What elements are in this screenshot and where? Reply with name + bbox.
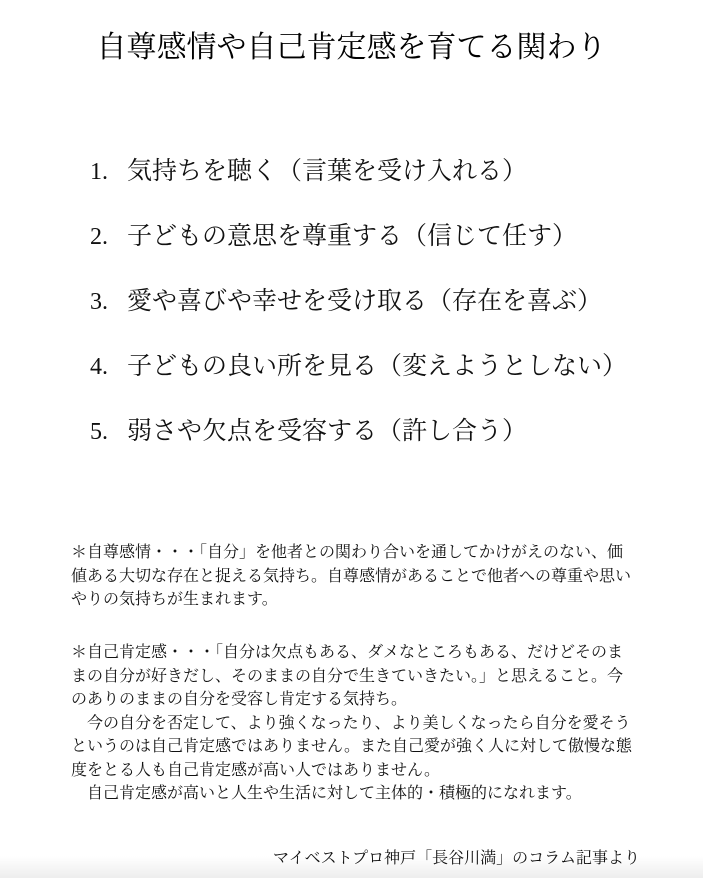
document-page: 自尊感情や自己肯定感を育てる関わり 1. 気持ちを聴く（言葉を受け入れる） 2.… bbox=[0, 0, 703, 878]
footer-credit: マイベストプロ神戸「長谷川満」のコラム記事より bbox=[273, 849, 640, 869]
list-item: 4. 子どもの良い所を見る（変えようとしない） bbox=[90, 350, 627, 415]
list-item: 2. 子どもの意思を尊重する（信じて任す） bbox=[90, 220, 627, 285]
item-number: 3. bbox=[90, 285, 123, 319]
item-text: 子どもの意思を尊重する（信じて任す） bbox=[127, 223, 577, 250]
item-text: 愛や喜びや幸せを受け取る（存在を喜ぶ） bbox=[127, 288, 602, 315]
list-item: 5. 弱さや欠点を受容する（許し合う） bbox=[90, 415, 627, 480]
item-number: 1. bbox=[90, 155, 123, 189]
list-item: 1. 気持ちを聴く（言葉を受け入れる） bbox=[90, 155, 627, 220]
item-text: 子どもの良い所を見る（変えようとしない） bbox=[127, 353, 627, 380]
list-item: 3. 愛や喜びや幸せを受け取る（存在を喜ぶ） bbox=[90, 285, 627, 350]
item-text: 弱さや欠点を受容する（許し合う） bbox=[127, 418, 527, 445]
item-number: 5. bbox=[90, 415, 123, 449]
item-number: 2. bbox=[90, 220, 123, 254]
note-self-esteem: ＊自尊感情・・・「自分」を他者との関わり合いを通してかけがえのない、価 値ある大… bbox=[71, 541, 631, 612]
item-number: 4. bbox=[90, 350, 123, 384]
note-self-affirmation: ＊自己肯定感・・・「自分は欠点もある、ダメなところもある、だけどそのま まの自分… bbox=[71, 641, 632, 806]
numbered-list: 1. 気持ちを聴く（言葉を受け入れる） 2. 子どもの意思を尊重する（信じて任す… bbox=[90, 155, 627, 480]
page-title: 自尊感情や自己肯定感を育てる関わり bbox=[0, 30, 703, 66]
item-text: 気持ちを聴く（言葉を受け入れる） bbox=[127, 158, 527, 185]
